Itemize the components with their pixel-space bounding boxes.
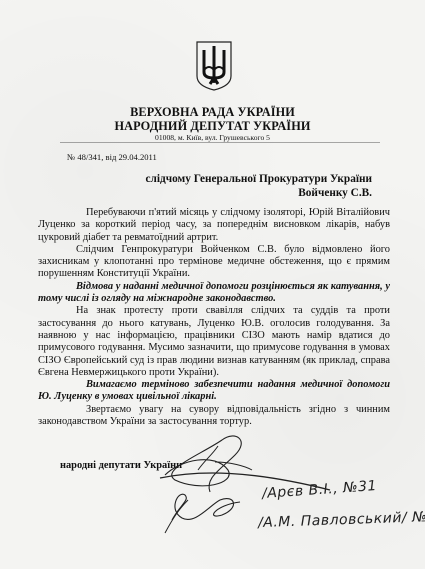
- scanned-letter-page: ВЕРХОВНА РАДА УКРАЇНИ НАРОДНИЙ ДЕПУТАТ У…: [0, 0, 425, 569]
